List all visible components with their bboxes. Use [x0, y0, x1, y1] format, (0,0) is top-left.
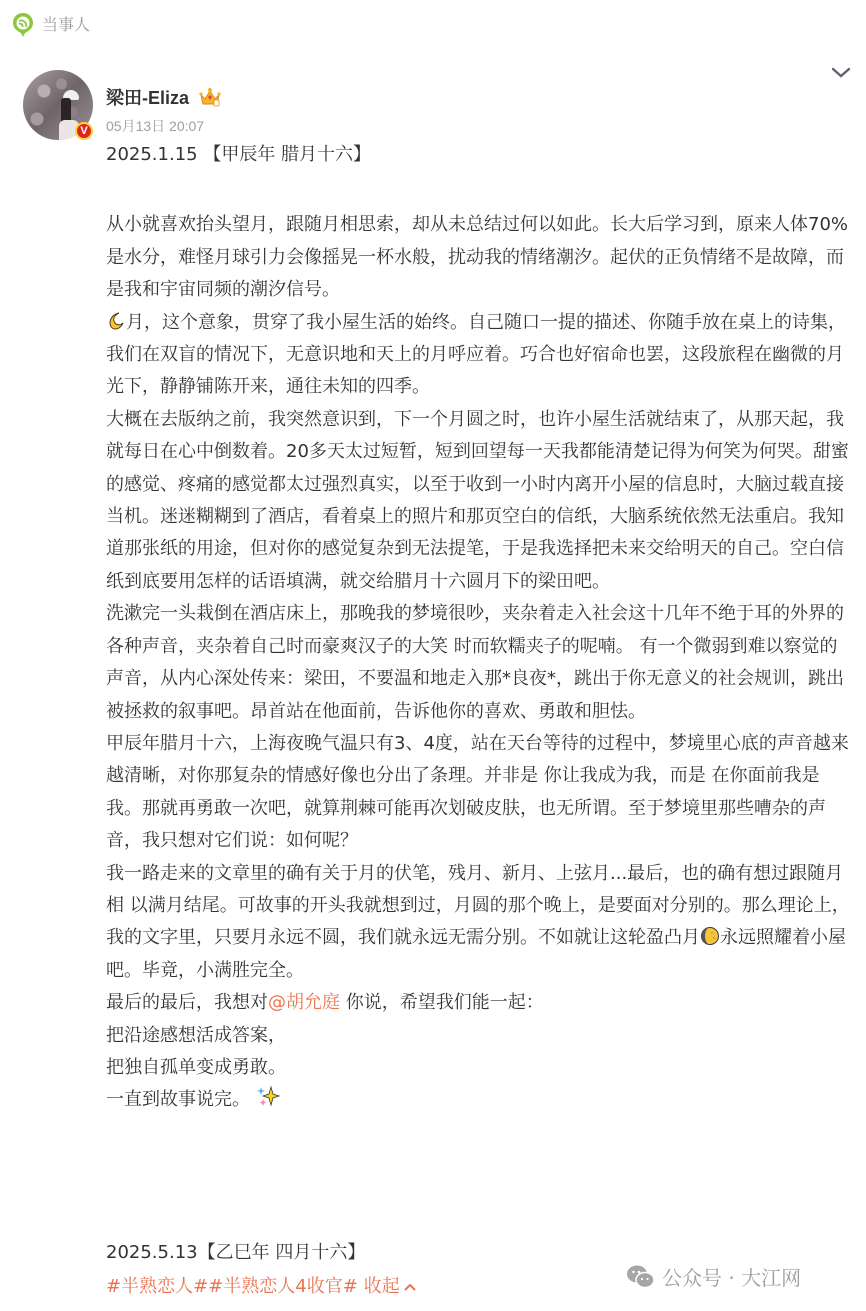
collapse-button[interactable]: 收起: [364, 1272, 417, 1302]
paragraph-2-text: 月，这个意象，贯穿了我小屋生活的始终。自己随口一提的描述、你随手放在桌上的诗集，…: [106, 312, 846, 398]
footer-date: 2025.5.13【乙巳年 四月十六】: [106, 1238, 365, 1268]
chevron-up-icon: [403, 1282, 417, 1292]
location-pin-icon: [12, 12, 34, 38]
wechat-icon: [626, 1264, 656, 1290]
closing-line-3: 一直到故事说完。: [106, 1084, 854, 1116]
collapse-label: 收起: [364, 1272, 400, 1302]
username-row: 梁田-Eliza: [106, 84, 221, 110]
closing-prefix: 最后的最后，我想对: [106, 992, 268, 1013]
paragraph-6: 我一路走来的文章里的确有关于月的伏笔，残月、新月、上弦月...最后，也的确有想过…: [106, 858, 854, 988]
tags-row: #半熟恋人# #半熟恋人4收官# 收起: [106, 1272, 417, 1302]
source-label: 当事人: [12, 12, 90, 38]
chevron-down-icon[interactable]: [830, 66, 852, 80]
hashtag-2[interactable]: #半熟恋人4收官#: [208, 1272, 358, 1302]
crown-icon[interactable]: [199, 87, 221, 107]
paragraph-3: 大概在去版纳之前，我突然意识到，下一个月圆之时，也许小屋生活就结束了，从那天起，…: [106, 404, 854, 598]
post-date-line: 2025.1.15 【甲辰年 腊月十六】: [106, 139, 854, 171]
source-label-text: 当事人: [42, 14, 90, 36]
paragraph-5: 甲辰年腊月十六，上海夜晚气温只有3、4度，站在天台等待的过程中，梦境里心底的声音…: [106, 728, 854, 858]
hashtag-1[interactable]: #半熟恋人#: [106, 1272, 208, 1302]
closing-line-1: 把沿途感想活成答案，: [106, 1020, 854, 1052]
waxing-gibbous-moon-emoji: [700, 926, 720, 946]
watermark: 公众号 · 大江网: [626, 1262, 801, 1291]
closing-line-2: 把独自孤单变成勇敢。: [106, 1052, 854, 1084]
post-content: 2025.1.15 【甲辰年 腊月十六】 从小就喜欢抬头望月，跟随月相思索，却从…: [106, 139, 854, 1117]
post-timestamp[interactable]: 05月13日 20:07: [106, 116, 204, 136]
closing-line-3-text: 一直到故事说完。: [106, 1089, 250, 1110]
closing-line: 最后的最后，我想对@胡允庭 你说，希望我们能一起：: [106, 987, 854, 1019]
weibo-post-page: 当事人 V 梁田-Eliza 05月13日 20:07 2025.1.15 【甲…: [0, 0, 866, 1311]
username[interactable]: 梁田-Eliza: [106, 84, 189, 110]
closing-suffix: 你说，希望我们能一起：: [340, 992, 544, 1013]
crescent-moon-emoji: [106, 311, 126, 331]
watermark-text: 公众号 · 大江网: [662, 1262, 801, 1291]
sparkles-emoji: [256, 1084, 280, 1108]
mention-link[interactable]: @胡允庭: [268, 992, 340, 1013]
paragraph-4: 洗漱完一头栽倒在酒店床上，那晚我的梦境很吵，夹杂着走入社会这十几年不绝于耳的外界…: [106, 598, 854, 728]
paragraph-1: 从小就喜欢抬头望月，跟随月相思索，却从未总结过何以如此。长大后学习到，原来人体7…: [106, 209, 854, 306]
paragraph-2: 月，这个意象，贯穿了我小屋生活的始终。自己随口一提的描述、你随手放在桌上的诗集，…: [106, 307, 854, 404]
verified-v-icon: V: [75, 122, 93, 140]
